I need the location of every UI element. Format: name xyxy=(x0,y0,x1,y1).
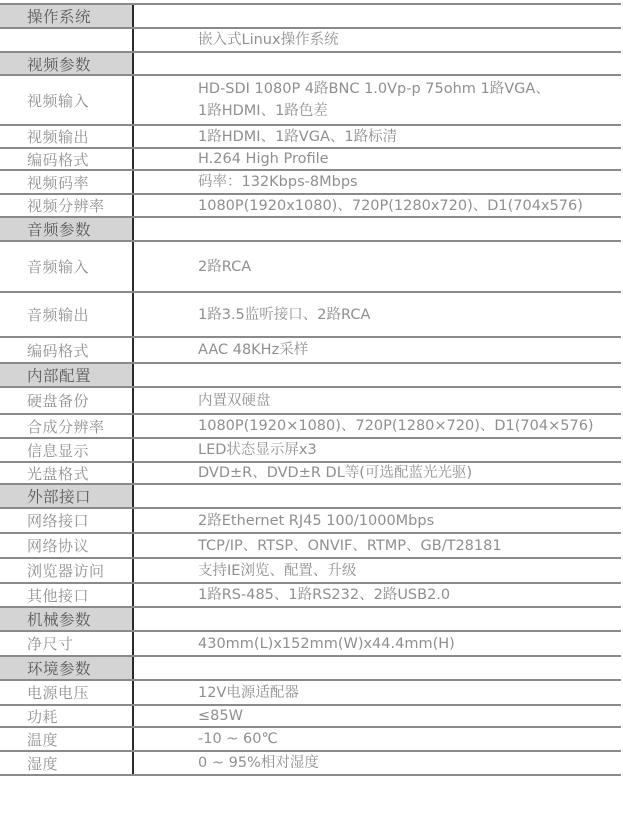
spec-value-lines: HD-SDI 1080P 4路BNC 1.0Vp-p 75ohm 1路VGA、1… xyxy=(198,78,550,122)
spec-value: HD-SDI 1080P 4路BNC 1.0Vp-p 75ohm 1路VGA、1… xyxy=(134,76,621,124)
section-title: 内部配置 xyxy=(0,364,134,386)
spec-label: 电源电压 xyxy=(0,681,134,704)
spec-row: 湿度0 ~ 95%相对湿度 xyxy=(0,752,621,776)
spec-row: 视频输入HD-SDI 1080P 4路BNC 1.0Vp-p 75ohm 1路V… xyxy=(0,76,621,126)
spec-label: 音频输出 xyxy=(0,293,134,336)
spec-value: -10 ~ 60℃ xyxy=(134,728,621,750)
section-header-row: 机械参数 xyxy=(0,608,621,632)
spec-value: ≤85W xyxy=(134,706,621,726)
spec-value: 2路Ethernet RJ45 100/1000Mbps xyxy=(134,509,621,532)
spec-label: 功耗 xyxy=(0,706,134,726)
spec-row: 温度-10 ~ 60℃ xyxy=(0,728,621,752)
spec-row: 嵌入式Linux操作系统 xyxy=(0,29,621,53)
spec-value xyxy=(134,485,621,507)
spec-row: 视频分辨率1080P(1920x1080)、720P(1280x720)、D1(… xyxy=(0,195,621,218)
section-header-row: 环境参数 xyxy=(0,657,621,681)
spec-row: 视频码率码率：132Kbps-8Mbps xyxy=(0,171,621,195)
spec-value: TCP/IP、RTSP、ONVIF、RTMP、GB/T28181 xyxy=(134,534,621,557)
spec-value: 码率：132Kbps-8Mbps xyxy=(134,171,621,193)
spec-row: 硬盘备份内置双硬盘 xyxy=(0,388,621,415)
spec-value: H.264 High Profile xyxy=(134,149,621,169)
spec-label: 网络协议 xyxy=(0,534,134,557)
spec-value: 1路3.5监听接口、2路RCA xyxy=(134,293,621,336)
spec-value xyxy=(134,608,621,630)
spec-row: 视频输出1路HDMI、1路VGA、1路标清 xyxy=(0,126,621,149)
spec-value: 内置双硬盘 xyxy=(134,388,621,413)
spec-table: 操作系统嵌入式Linux操作系统视频参数视频输入HD-SDI 1080P 4路B… xyxy=(0,3,621,776)
spec-value: 430mm(L)x152mm(W)x44.4mm(H) xyxy=(134,632,621,655)
spec-value xyxy=(134,218,621,240)
spec-label xyxy=(0,29,134,51)
spec-value-line: 1路HDMI、1路色差 xyxy=(198,100,550,122)
spec-row: 合成分辨率1080P(1920×1080)、720P(1280×720)、D1(… xyxy=(0,415,621,439)
section-header-row: 视频参数 xyxy=(0,53,621,76)
section-title: 机械参数 xyxy=(0,608,134,630)
spec-label: 视频码率 xyxy=(0,171,134,193)
spec-row: 浏览器访问支持IE浏览、配置、升级 xyxy=(0,559,621,584)
spec-label: 信息显示 xyxy=(0,439,134,461)
spec-row: 网络接口2路Ethernet RJ45 100/1000Mbps xyxy=(0,509,621,534)
spec-value xyxy=(134,5,621,27)
spec-label: 浏览器访问 xyxy=(0,559,134,582)
spec-row: 音频输入2路RCA xyxy=(0,242,621,293)
spec-row: 音频输出1路3.5监听接口、2路RCA xyxy=(0,293,621,338)
spec-value: 支持IE浏览、配置、升级 xyxy=(134,559,621,582)
spec-label: 其他接口 xyxy=(0,584,134,606)
section-title: 视频参数 xyxy=(0,53,134,74)
spec-value xyxy=(134,53,621,74)
spec-row: 网络协议TCP/IP、RTSP、ONVIF、RTMP、GB/T28181 xyxy=(0,534,621,559)
spec-value: 1080P(1920×1080)、720P(1280×720)、D1(704×5… xyxy=(134,415,621,437)
section-title: 音频参数 xyxy=(0,218,134,240)
spec-label: 编码格式 xyxy=(0,149,134,169)
spec-value: 1路HDMI、1路VGA、1路标清 xyxy=(134,126,621,147)
spec-label: 编码格式 xyxy=(0,338,134,362)
section-header-row: 操作系统 xyxy=(0,5,621,29)
spec-row: 其他接口1路RS-485、1路RS232、2路USB2.0 xyxy=(0,584,621,608)
spec-row: 光盘格式DVD±R、DVD±R DL等(可选配蓝光光驱) xyxy=(0,463,621,485)
spec-label: 温度 xyxy=(0,728,134,750)
spec-label: 湿度 xyxy=(0,752,134,774)
spec-value: LED状态显示屏x3 xyxy=(134,439,621,461)
spec-row: 信息显示LED状态显示屏x3 xyxy=(0,439,621,463)
spec-value-line: HD-SDI 1080P 4路BNC 1.0Vp-p 75ohm 1路VGA、 xyxy=(198,78,550,100)
spec-value xyxy=(134,657,621,679)
spec-value: AAC 48KHz采样 xyxy=(134,338,621,362)
spec-row: 电源电压12V电源适配器 xyxy=(0,681,621,706)
spec-value: 2路RCA xyxy=(134,242,621,291)
spec-value: 12V电源适配器 xyxy=(134,681,621,704)
spec-row: 编码格式AAC 48KHz采样 xyxy=(0,338,621,364)
spec-value: 0 ~ 95%相对湿度 xyxy=(134,752,621,774)
spec-value: 1080P(1920x1080)、720P(1280x720)、D1(704x5… xyxy=(134,195,621,216)
spec-row: 功耗≤85W xyxy=(0,706,621,728)
spec-row: 编码格式H.264 High Profile xyxy=(0,149,621,171)
spec-label: 视频输入 xyxy=(0,76,134,124)
spec-label: 网络接口 xyxy=(0,509,134,532)
spec-value: 嵌入式Linux操作系统 xyxy=(134,29,621,51)
spec-value: 1路RS-485、1路RS232、2路USB2.0 xyxy=(134,584,621,606)
spec-label: 合成分辨率 xyxy=(0,415,134,437)
spec-label: 音频输入 xyxy=(0,242,134,291)
spec-value: DVD±R、DVD±R DL等(可选配蓝光光驱) xyxy=(134,463,621,483)
section-header-row: 外部接口 xyxy=(0,485,621,509)
spec-label: 光盘格式 xyxy=(0,463,134,483)
section-title: 环境参数 xyxy=(0,657,134,679)
spec-label: 硬盘备份 xyxy=(0,388,134,413)
section-header-row: 音频参数 xyxy=(0,218,621,242)
spec-row: 净尺寸430mm(L)x152mm(W)x44.4mm(H) xyxy=(0,632,621,657)
spec-label: 视频分辨率 xyxy=(0,195,134,216)
section-title: 操作系统 xyxy=(0,5,134,27)
section-header-row: 内部配置 xyxy=(0,364,621,388)
spec-value xyxy=(134,364,621,386)
section-title: 外部接口 xyxy=(0,485,134,507)
spec-label: 净尺寸 xyxy=(0,632,134,655)
spec-label: 视频输出 xyxy=(0,126,134,147)
